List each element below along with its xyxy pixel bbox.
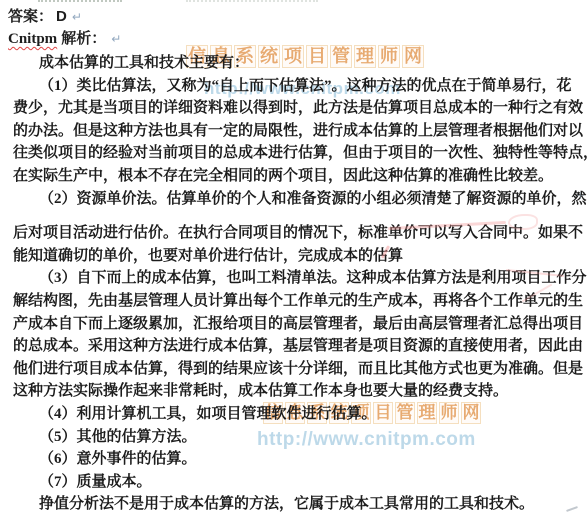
text-line: 往类似项目的经验对当前项目的总成本进行估算，但由于项目的一次性、独特性等特点， — [8, 142, 588, 165]
text-line: （2）资源单价法。估算单价的个人和准备资源的小组必须清楚了解资源的单价，然 — [8, 188, 588, 211]
analysis-heading: Cnitpm解析：↵ — [8, 28, 588, 50]
analysis-label: 解析： — [61, 31, 106, 47]
scan-artifact-cross — [577, 192, 584, 199]
text-line: （4）利用计算机工具，如项目管理软件进行估算。 — [8, 403, 588, 426]
text-line: 解结构图，先由基层管理人员计算出每个工作单元的生产成本，再将各个工作单元的生 — [8, 290, 588, 313]
document-page: 信息系统项目管理师网 http://www.cnitpm.com 信息系统项目管… — [0, 0, 588, 518]
answer-value: D — [56, 8, 67, 25]
paragraph-mark-icon: ↵ — [72, 10, 82, 24]
analysis-body: 成本估算的工具和技术主要有：（1）类比估算法，又称为“自上而下估算法”。这种方法… — [8, 52, 588, 516]
text-line: 能知道确切的单价，也要对单价进行估计，完成成本的估算 — [8, 245, 588, 268]
text-line: 他们进行项目成本估算，得到的结果应该十分详细，而且比其他方式也更为准确。但是 — [8, 358, 588, 381]
text-line: （1）类比估算法，又称为“自上而下估算法”。这种方法的优点在于简单易行，花 — [8, 75, 588, 98]
answer-line: 答案：D↵ — [8, 6, 588, 28]
answer-label: 答案： — [8, 9, 53, 25]
text-line: 产成本自下而上逐级累加，汇报给项目的高层管理者，最后由高层管理者汇总得出项目 — [8, 313, 588, 336]
text-line: 这种方法实际操作起来非常耗时，成本估算工作本身也要大量的经费支持。 — [8, 380, 588, 403]
source-name: Cnitpm — [8, 31, 57, 47]
text-line: （5）其他的估算方法。 — [8, 426, 588, 449]
text-line: （7）质量成本。 — [8, 471, 588, 494]
text-line: （3）自下而上的成本估算，也叫工料清单法。这种成本估算方法是利用项目工作分 — [8, 267, 588, 290]
text-line: 的总成本。采用这种方法进行成本估算，基层管理者是项目资源的直接使用者，因此由 — [8, 335, 588, 358]
text-line: （6）意外事件的估算。 — [8, 448, 588, 471]
text-line: 挣值分析法不是用于成本估算的方法，它属于成本工具常用的工具和技术。 — [8, 493, 588, 516]
text-line: 在实际生产中，根本不存在完全相同的两个项目，因此这种估算的准确性比较差。 — [8, 165, 588, 188]
paragraph-mark-icon: ↵ — [111, 32, 121, 46]
text-line: 后对项目活动进行估价。在执行合同项目的情况下，标准单价可以写入合同中。如果不 — [8, 222, 588, 245]
text-line: 费少，尤其是当项目的详细资料难以得到时，此方法是估算项目总成本的一种行之有效 — [8, 97, 588, 120]
text-line: 的办法。但是这种方法也具有一定的局限性，进行成本估算的上层管理者根据他们对以 — [8, 120, 588, 143]
text-line: 成本估算的工具和技术主要有： — [8, 52, 588, 75]
analysis-text: 答案：D↵ Cnitpm解析：↵ 成本估算的工具和技术主要有：（1）类比估算法，… — [0, 0, 588, 516]
